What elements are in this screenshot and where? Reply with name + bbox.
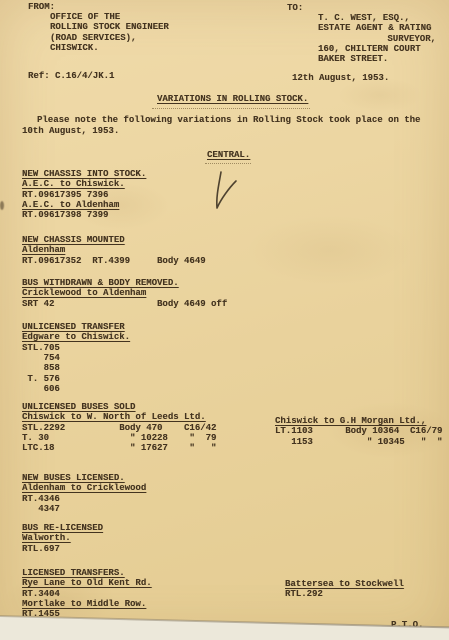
fleet-line: RT.3404	[22, 589, 152, 599]
right-block-chiswick-to-morgan: Chiswick to G.H Morgan Ltd., LT.1103 Bod…	[275, 416, 442, 447]
route-line: Walworth.	[22, 533, 103, 543]
section-unlicensed-transfer: UNLICENSED TRANSFER Edgware to Chiswick.…	[22, 322, 130, 394]
fleet-line: 606	[22, 384, 130, 394]
from-address-line: (ROAD SERVICES),	[50, 33, 169, 43]
right-block-battersea-to-stockwell: Battersea to Stockwell RTL.292	[285, 579, 404, 600]
to-address: T. C. WEST, ESQ., ESTATE AGENT & RATING …	[318, 13, 436, 65]
fleet-line: RT.09617352 RT.4399 Body 4649	[22, 256, 206, 266]
fleet-table-row: LT.1103 Body 10364 C16/79	[275, 426, 442, 436]
fleet-line: RT.4346	[22, 494, 146, 504]
to-address-line: BAKER STREET.	[318, 54, 436, 64]
section-bus-re-licensed: BUS RE-LICENSED Walworth. RTL.697	[22, 523, 103, 554]
fleet-table-row: STL.2292 Body 470 C16/42	[22, 423, 216, 433]
section-heading: NEW CHASSIS INTO STOCK.	[22, 169, 146, 179]
edge-smudge	[0, 201, 4, 210]
fleet-table-row: T. 30 " 10228 " 79	[22, 433, 216, 443]
section-heading: UNLICENSED BUSES SOLD	[22, 402, 216, 412]
fleet-line: RT.09617398 7399	[22, 210, 146, 220]
route-line: Rye Lane to Old Kent Rd.	[22, 578, 152, 588]
fleet-line: 754	[22, 353, 130, 363]
to-address-line: T. C. WEST, ESQ.,	[318, 13, 436, 23]
to-address-line: SURVEYOR,	[318, 34, 436, 44]
document-title: VARIATIONS IN ROLLING STOCK.	[157, 94, 308, 104]
to-address-line: ESTATE AGENT & RATING	[318, 23, 436, 33]
route-line: Cricklewood to Aldenham	[22, 288, 227, 298]
section-heading: NEW BUSES LICENSED.	[22, 473, 146, 483]
fleet-line: STL.705	[22, 343, 130, 353]
region-heading: CENTRAL.	[207, 150, 250, 160]
fleet-line: T. 576	[22, 374, 130, 384]
fleet-line: RTL.697	[22, 544, 103, 554]
scanned-letter-page: FROM: OFFICE OF THE ROLLING STOCK ENGINE…	[0, 0, 449, 640]
from-address-line: CHISWICK.	[50, 43, 169, 53]
section-new-chassis-into-stock: NEW CHASSIS INTO STOCK. A.E.C. to Chiswi…	[22, 169, 146, 221]
intro-line: Please note the following variations in …	[37, 115, 420, 125]
route-line: A.E.C. to Aldenham	[22, 200, 146, 210]
section-heading: NEW CHASSIS MOUNTED	[22, 235, 206, 245]
fleet-line: RTL.292	[285, 589, 404, 599]
from-address-line: OFFICE OF THE	[50, 12, 169, 22]
paper: FROM: OFFICE OF THE ROLLING STOCK ENGINE…	[0, 0, 449, 640]
section-heading: BUS RE-LICENSED	[22, 523, 103, 533]
dotted-rule	[152, 108, 310, 109]
dotted-rule	[205, 163, 251, 164]
to-label: TO:	[287, 3, 303, 13]
section-licensed-transfers: LICENSED TRANSFERS. Rye Lane to Old Kent…	[22, 568, 152, 620]
section-new-buses-licensed: NEW BUSES LICENSED. Aldenham to Cricklew…	[22, 473, 146, 514]
route-line: Mortlake to Middle Row.	[22, 599, 152, 609]
fleet-line: 4347	[22, 504, 146, 514]
route-line: Battersea to Stockwell	[285, 579, 404, 589]
route-line: Chiswick to W. North of Leeds Ltd.	[22, 412, 216, 422]
fleet-table-row: 1153 " 10345 " "	[275, 437, 442, 447]
from-address-line: ROLLING STOCK ENGINEER	[50, 22, 169, 32]
from-address: OFFICE OF THE ROLLING STOCK ENGINEER (RO…	[50, 12, 169, 53]
fleet-line: SRT 42 Body 4649 off	[22, 299, 227, 309]
section-heading: LICENSED TRANSFERS.	[22, 568, 152, 578]
from-label: FROM:	[28, 2, 55, 12]
letter-date: 12th August, 1953.	[292, 73, 389, 83]
section-heading: BUS WITHDRAWN & BODY REMOVED.	[22, 278, 227, 288]
to-address-line: 160, CHILTERN COURT	[318, 44, 436, 54]
route-line: Edgware to Chiswick.	[22, 332, 130, 342]
fleet-table-row: LTC.18 " 17627 " "	[22, 443, 216, 453]
route-line: Chiswick to G.H Morgan Ltd.,	[275, 416, 442, 426]
route-line: Aldenham	[22, 245, 206, 255]
section-heading: UNLICENSED TRANSFER	[22, 322, 130, 332]
fleet-line: RT.09617395 7396	[22, 190, 146, 200]
section-bus-withdrawn-body-removed: BUS WITHDRAWN & BODY REMOVED. Cricklewoo…	[22, 278, 227, 309]
fleet-line: 858	[22, 363, 130, 373]
reference-number: Ref: C.16/4/JK.1	[28, 71, 114, 81]
section-unlicensed-buses-sold: UNLICENSED BUSES SOLD Chiswick to W. Nor…	[22, 402, 216, 454]
pen-checkmark-icon	[206, 168, 248, 220]
route-line: Aldenham to Cricklewood	[22, 483, 146, 493]
intro-line: 10th August, 1953.	[22, 126, 119, 136]
route-line: A.E.C. to Chiswick.	[22, 179, 146, 189]
section-new-chassis-mounted: NEW CHASSIS MOUNTED Aldenham RT.09617352…	[22, 235, 206, 266]
